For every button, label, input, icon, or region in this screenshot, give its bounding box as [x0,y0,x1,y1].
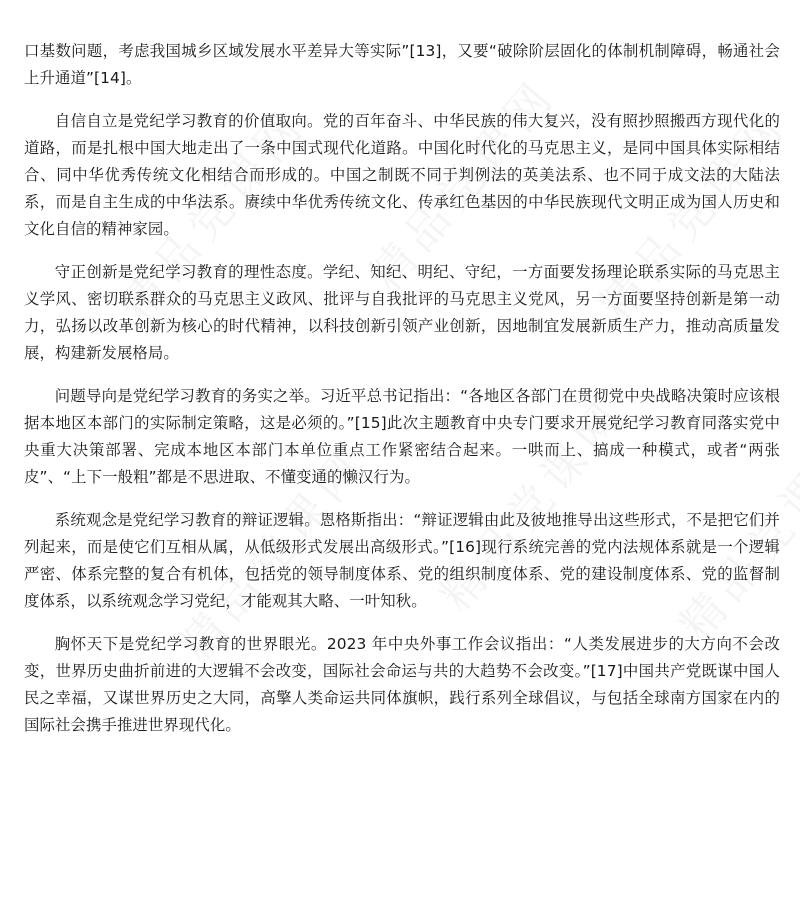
paragraph-upholding-innovation: 守正创新是党纪学习教育的理性态度。学纪、知纪、明纪、守纪，一方面要发扬理论联系实… [24,259,780,367]
paragraph-global-vision: 胸怀天下是党纪学习教育的世界眼光。2023 年中央外事工作会议指出：“人类发展进… [24,631,780,739]
paragraph-systems-thinking: 系统观念是党纪学习教育的辩证逻辑。恩格斯指出：“辩证逻辑由此及彼地推导出这些形式… [24,507,780,615]
paragraph-problem-oriented: 问题导向是党纪学习教育的务实之举。习近平总书记指出：“各地区各部门在贯彻党中央战… [24,383,780,491]
paragraph-continuation: 口基数问题，考虑我国城乡区域发展水平差异大等实际”[13]，又要“破除阶层固化的… [24,38,780,92]
paragraph-confidence-self-reliance: 自信自立是党纪学习教育的价值取向。党的百年奋斗、中华民族的伟大复兴，没有照抄照搬… [24,108,780,243]
document-page: 口基数问题，考虑我国城乡区域发展水平差异大等实际”[13]，又要“破除阶层固化的… [24,38,780,755]
